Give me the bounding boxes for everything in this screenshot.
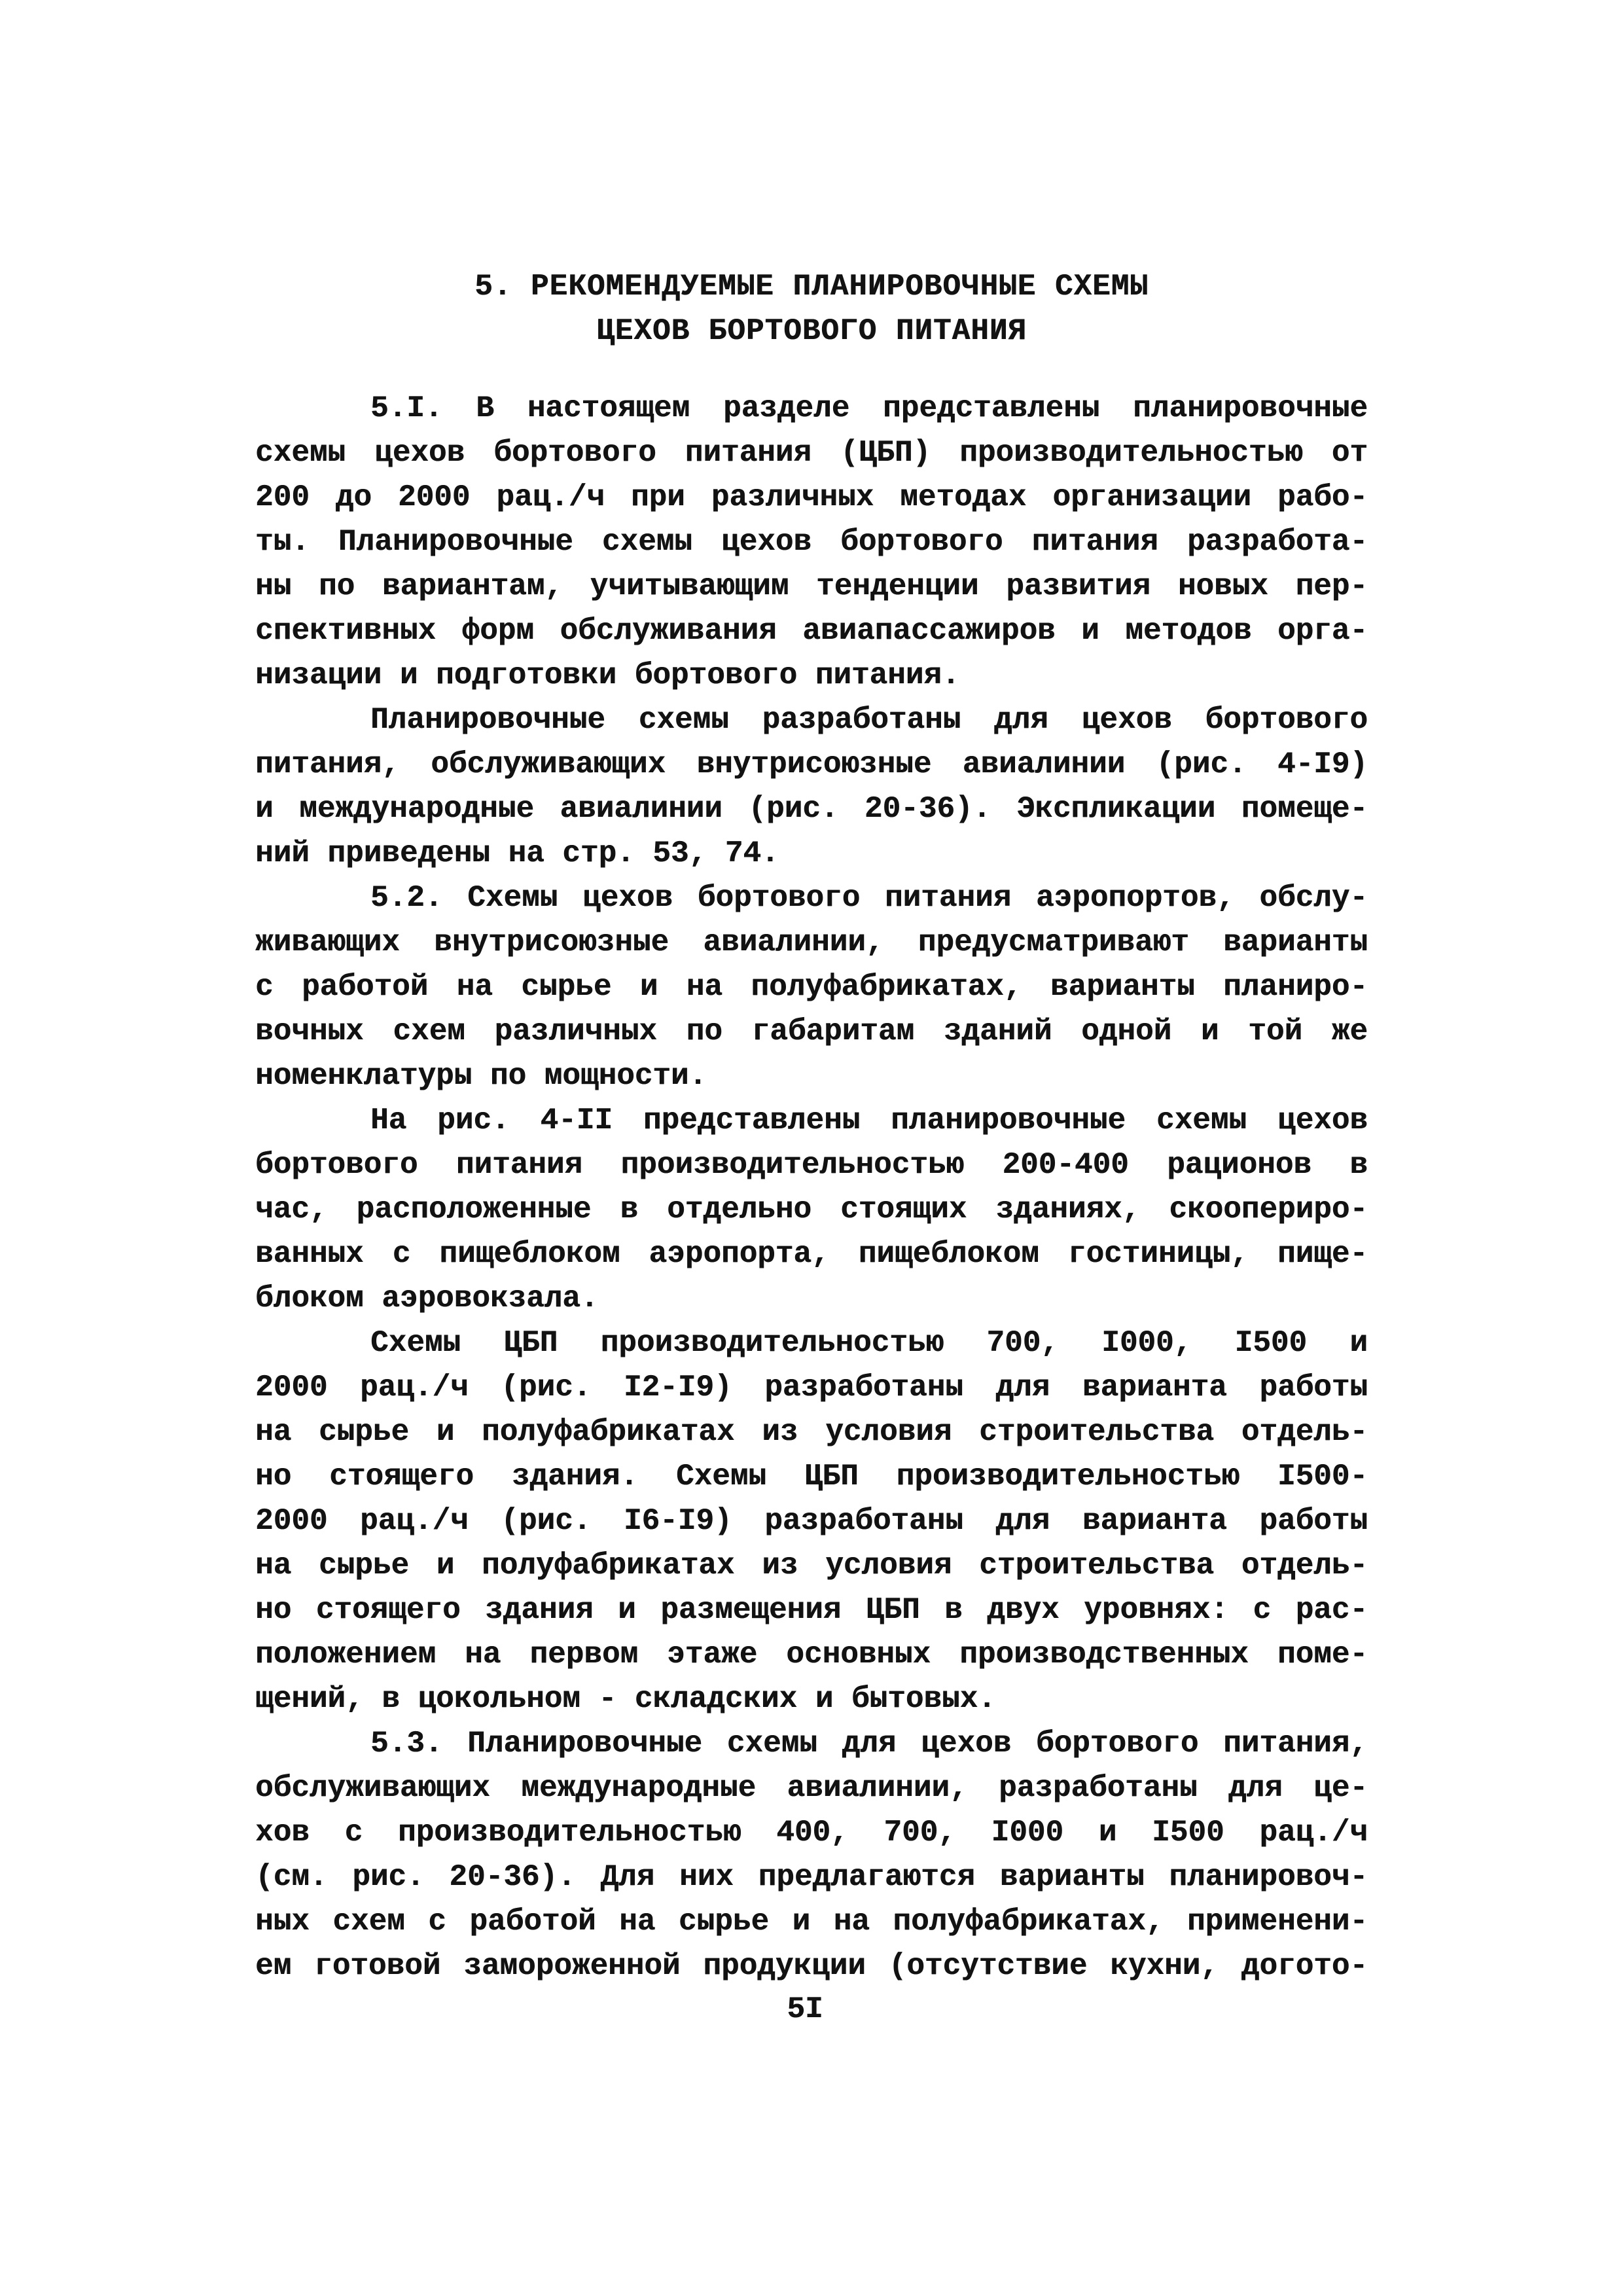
text-line: ны по вариантам, учитывающим тенденции р… (255, 564, 1368, 609)
text-line: обслуживающих международные авиалинии, р… (255, 1766, 1368, 1810)
text-line: ний приведены на стр. 53, 74. (255, 831, 1368, 876)
text-line: 5.I. В настоящем разделе представлены пл… (255, 386, 1368, 431)
section-heading: 5. РЕКОМЕНДУЕМЫЕ ПЛАНИРОВОЧНЫЕ СХЕМЫ ЦЕХ… (0, 264, 1623, 353)
text-line: питания, обслуживающих внутрисоюзные ави… (255, 742, 1368, 787)
text-line: 2000 рац./ч (рис. I2-I9) разработаны для… (255, 1365, 1368, 1410)
text-line: бортового питания производительностью 20… (255, 1143, 1368, 1187)
text-line: На рис. 4-II представлены планировочные … (255, 1098, 1368, 1143)
text-line: Схемы ЦБП производительностью 700, I000,… (255, 1321, 1368, 1365)
text-line: с работой на сырье и на полуфабрикатах, … (255, 965, 1368, 1009)
text-line: ных схем с работой на сырье и на полуфаб… (255, 1899, 1368, 1944)
text-line: Планировочные схемы разработаны для цехо… (255, 698, 1368, 742)
page-number: 5I (0, 1987, 1610, 2032)
text-line: 5.3. Планировочные схемы для цехов борто… (255, 1721, 1368, 1766)
text-line: 200 до 2000 рац./ч при различных методах… (255, 475, 1368, 520)
text-line: и международные авиалинии (рис. 20-36). … (255, 787, 1368, 831)
text-line: живающих внутрисоюзные авиалинии, предус… (255, 920, 1368, 965)
text-line: схемы цехов бортового питания (ЦБП) прои… (255, 431, 1368, 475)
text-line: 5.2. Схемы цехов бортового питания аэроп… (255, 876, 1368, 920)
text-line: час, расположенные в отдельно стоящих зд… (255, 1187, 1368, 1232)
text-line: 2000 рац./ч (рис. I6-I9) разработаны для… (255, 1499, 1368, 1543)
text-line: на сырье и полуфабрикатах из условия стр… (255, 1543, 1368, 1588)
text-line: но стоящего здания и размещения ЦБП в дв… (255, 1588, 1368, 1632)
scanned-document-page: 5. РЕКОМЕНДУЕМЫЕ ПЛАНИРОВОЧНЫЕ СХЕМЫ ЦЕХ… (0, 0, 1623, 2296)
text-line: ем готовой замороженной продукции (отсут… (255, 1944, 1368, 1988)
text-line: вочных схем различных по габаритам здани… (255, 1009, 1368, 1054)
text-line: на сырье и полуфабрикатах из условия стр… (255, 1410, 1368, 1454)
text-line: (см. рис. 20-36). Для них предлагаются в… (255, 1855, 1368, 1899)
text-line: спективных форм обслуживания авиапассажи… (255, 609, 1368, 653)
text-line: положением на первом этаже основных прои… (255, 1632, 1368, 1677)
text-line: щений, в цокольном - складских и бытовых… (255, 1677, 1368, 1721)
text-line: хов с производительностью 400, 700, I000… (255, 1810, 1368, 1855)
text-line: но стоящего здания. Схемы ЦБП производит… (255, 1454, 1368, 1499)
section-heading-line-1: 5. РЕКОМЕНДУЕМЫЕ ПЛАНИРОВОЧНЫЕ СХЕМЫ (0, 264, 1623, 309)
section-heading-line-2: ЦЕХОВ БОРТОВОГО ПИТАНИЯ (0, 309, 1623, 353)
text-line: низации и подготовки бортового питания. (255, 653, 1368, 698)
text-line: номенклатуры по мощности. (255, 1054, 1368, 1098)
document-body: 5.I. В настоящем разделе представлены пл… (255, 386, 1368, 1988)
text-line: блоком аэровокзала. (255, 1276, 1368, 1321)
text-line: ванных с пищеблоком аэропорта, пищеблоко… (255, 1232, 1368, 1276)
text-line: ты. Планировочные схемы цехов бортового … (255, 520, 1368, 564)
